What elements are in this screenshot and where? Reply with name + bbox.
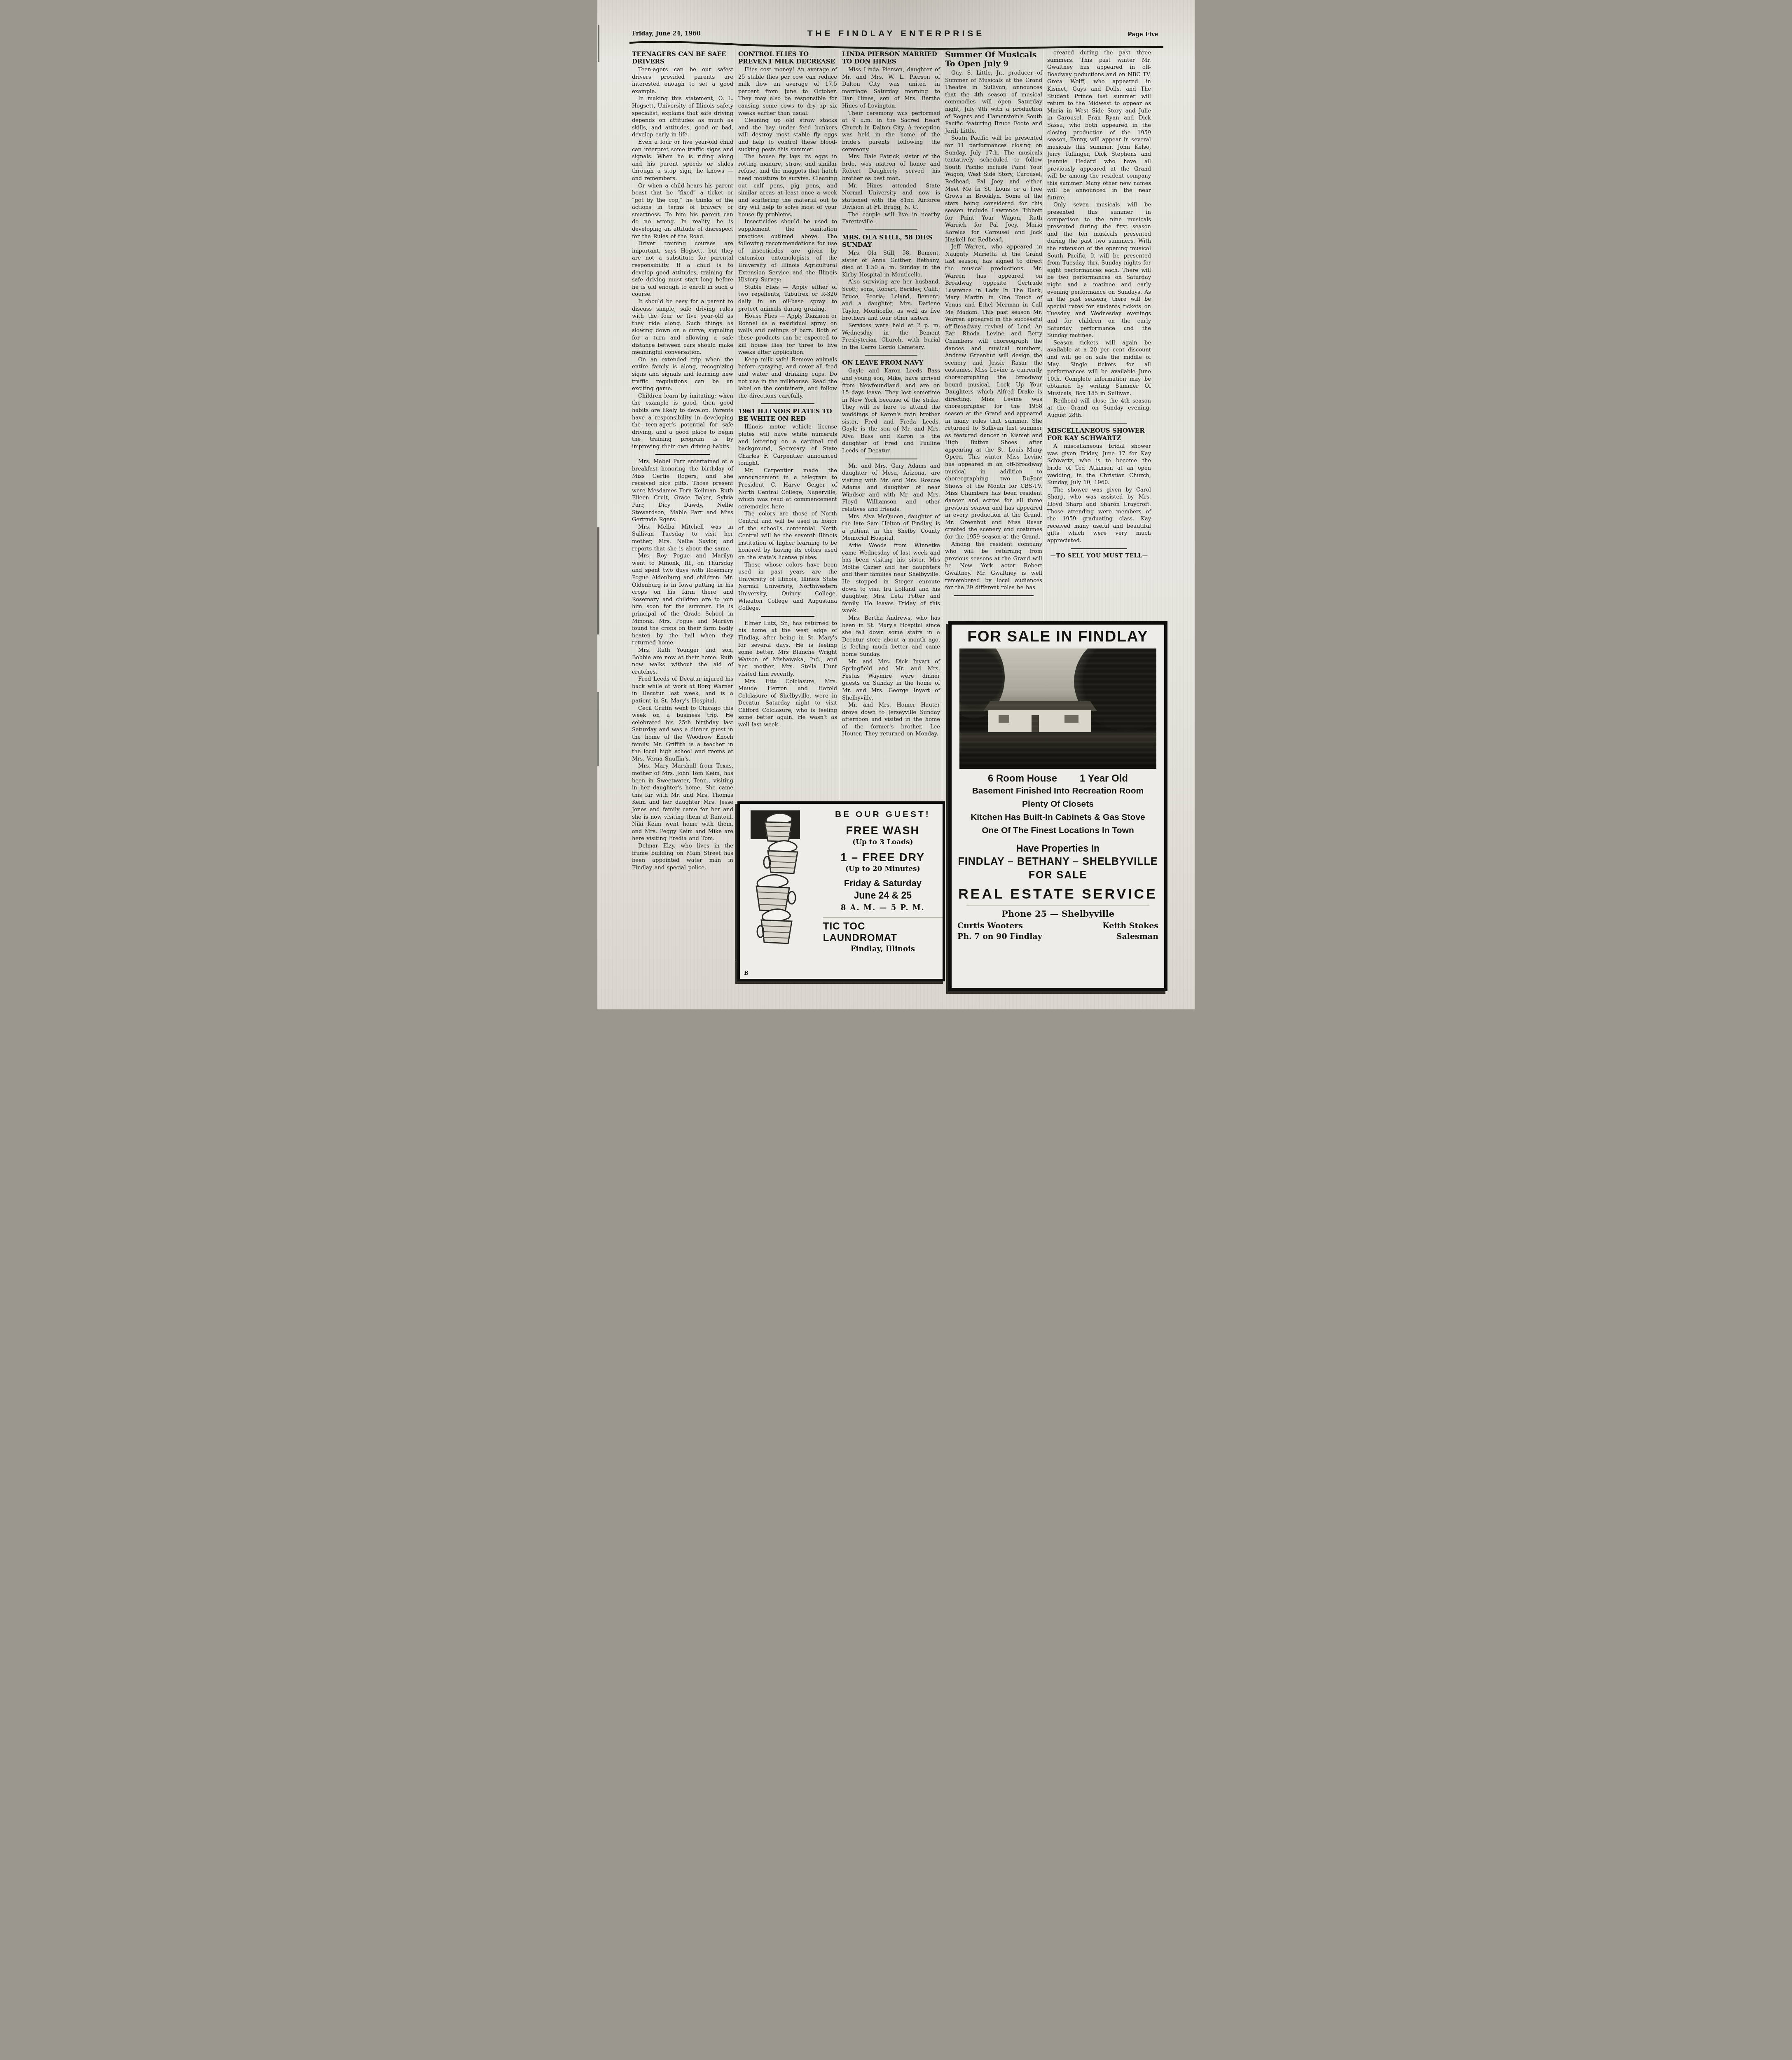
article-paragraph: Mrs. Dale Patrick, sister of the brde, w… [842, 153, 940, 182]
article-paragraph: House Flies — Apply Diazinon or Ronnel a… [738, 313, 837, 356]
ad-agents: Curtis Wooters Ph. 7 on 90 Findlay Keith… [952, 919, 1164, 942]
ad-for-sale: FOR SALE [952, 869, 1164, 881]
ad-feature-line: Plenty Of Closets [952, 798, 1164, 811]
ad-towns: FINDLAY – BETHANY – SHELBYVILLE [952, 856, 1164, 868]
article-divider [1071, 423, 1127, 424]
agent-right-role: Salesman [1102, 931, 1158, 942]
article-paragraph: Flies cost money! An average of 25 stabl… [738, 66, 837, 117]
article-paragraph: Redhead will close the 4th season at the… [1047, 398, 1151, 419]
article-paragraph: Teen-agers can be our safest drivers pro… [632, 66, 733, 95]
article-paragraph: Mrs. Ola Still, 58, Bement, sister of An… [842, 250, 940, 279]
ad-feature-line: Basement Finished Into Recreation Room [952, 784, 1164, 798]
article-paragraph: Fred Leeds of Decatur injured his back w… [632, 676, 733, 705]
column-2: CONTROL FLIES TO PREVENT MILK DECREASEFl… [738, 49, 837, 729]
article-headline: CONTROL FLIES TO PREVENT MILK DECREASE [738, 50, 837, 65]
article-paragraph: Keep milk safe! Remove animals before sp… [738, 356, 837, 400]
sell-slogan: —TO SELL YOU MUST TELL— [1047, 552, 1151, 559]
article-paragraph: Elmer Lutz, Sr., has returned to his hom… [738, 620, 837, 678]
ad-dates: June 24 & 25 [854, 890, 912, 901]
ad-days: Friday & Saturday [844, 878, 922, 889]
article-headline: Summer Of Musicals To Open July 9 [945, 50, 1042, 68]
article-divider [1071, 548, 1127, 549]
ad-rooms: 6 Room House [988, 773, 1057, 784]
article-headline: ON LEAVE FROM NAVY [842, 359, 940, 366]
article-headline: MRS. OLA STILL, 58 DIES SUNDAY [842, 234, 940, 248]
article-headline: MISCELLANEOUS SHOWER FOR KAY SCHWARTZ [1047, 427, 1151, 442]
article-paragraph: Also surviving are her husband, Scott; s… [842, 279, 940, 322]
ad-free-dry: 1 – FREE DRY [841, 851, 925, 864]
agent-right: Keith Stokes Salesman [1102, 920, 1158, 942]
article-paragraph: In making this statement, O. L. Hogsett,… [632, 95, 733, 139]
ad-phone: Phone 25 — Shelbyville [966, 906, 1149, 919]
article-paragraph: Cleaning up old straw stacks and the hay… [738, 117, 837, 153]
ad-wash-sub: (Up to 3 Loads) [852, 838, 913, 846]
article-paragraph: Or when a child hears his parent boast t… [632, 183, 733, 241]
column-4: Summer Of Musicals To Open July 9Guy. S.… [945, 49, 1042, 599]
article-divider [865, 229, 918, 230]
ad-properties-intro: Have Properties In [952, 843, 1164, 854]
article-paragraph: Mrs. Etta Colclasure, Mrs. Maude Herron … [738, 678, 837, 729]
column-rule [1044, 49, 1044, 620]
article-paragraph: Insecticides should be used to supplemen… [738, 218, 837, 283]
ad-age: 1 Year Old [1080, 773, 1128, 784]
ad-banner: FOR SALE IN FINDLAY [952, 625, 1164, 645]
article-paragraph: On an extended trip when the entire fami… [632, 356, 733, 393]
ad-feature-list: Basement Finished Into Recreation RoomPl… [952, 784, 1164, 837]
masthead-title: THE FINDLAY ENTERPRISE [597, 29, 1195, 39]
article-paragraph: Driver training courses are important, s… [632, 240, 733, 298]
ad-house-summary: 6 Room House 1 Year Old [952, 773, 1164, 784]
article-paragraph: Among the resident company who will be r… [945, 541, 1042, 592]
ad-free-wash: FREE WASH [846, 824, 920, 837]
ad-dry-sub: (Up to 20 Minutes) [845, 865, 920, 873]
article-paragraph: The couple will live in nearby Farettevi… [842, 211, 940, 226]
article-paragraph: Cecil Griffin went to Chicago this week … [632, 705, 733, 763]
article-paragraph: Mr. and Mrs. Gary Adams and daughter of … [842, 463, 940, 513]
article-paragraph: Miss Linda Pierson, daughter of Mr. and … [842, 66, 940, 110]
column-3: LINDA PIERSON MARRIED TO DON HINESMiss L… [842, 49, 940, 738]
article-paragraph: Mr. Hines attended State Normal Universi… [842, 183, 940, 211]
article-paragraph: Gayle and Karon Leeds Bass and young son… [842, 368, 940, 454]
agent-right-name: Keith Stokes [1102, 920, 1158, 931]
article-divider [761, 403, 814, 404]
article-paragraph: Only seven musicals will be presented th… [1047, 201, 1151, 339]
article-paragraph: created during the past three summers. T… [1047, 49, 1151, 201]
ad-business-name: TIC TOC LAUNDROMAT [823, 917, 943, 944]
article-paragraph: Even a four or five year-old child can i… [632, 139, 733, 183]
article-paragraph: It should be easy for a parent to discus… [632, 298, 733, 356]
article-paragraph: Mrs. Melba Mitchell was in Sullivan Tues… [632, 524, 733, 552]
photo-grain [959, 648, 1156, 769]
article-paragraph: Mr. and Mrs. Homer Hauter drove down to … [842, 702, 940, 738]
real-estate-ad: FOR SALE IN FINDLAY 6 Room House 1 Year … [948, 621, 1167, 991]
article-paragraph: Mrs. Alva McQueen, daughter of the late … [842, 513, 940, 542]
article-paragraph: Mr. and Mrs. Dick Inyart of Springfield … [842, 658, 940, 702]
scan-artifact [597, 692, 599, 766]
ad-service-name: REAL ESTATE SERVICE [952, 886, 1164, 902]
article-headline: TEENAGERS CAN BE SAFE DRIVERS [632, 50, 733, 65]
ad-guest-line: BE OUR GUEST! [835, 810, 931, 819]
article-paragraph: Mrs. Bertha Andrews, who has been in St.… [842, 615, 940, 658]
article-paragraph: Jeff Warren, who appeared in Naugnty Mar… [945, 243, 1042, 541]
article-paragraph: Mrs. Ruth Younger and son, Bobbie are no… [632, 647, 733, 676]
article-paragraph: Stable Flies — Apply either of two repel… [738, 284, 837, 313]
article-paragraph: A miscellaneous bridal shower was given … [1047, 443, 1151, 487]
article-paragraph: Services were held at 2 p. m. Wednesday … [842, 322, 940, 351]
page-number: Page Five [1128, 31, 1158, 38]
article-paragraph: Illinois motor vehicle license plates wi… [738, 424, 837, 467]
house-photo [959, 648, 1156, 769]
article-divider [865, 355, 918, 356]
ad-feature-line: Kitchen Has Built-In Cabinets & Gas Stov… [952, 811, 1164, 824]
article-paragraph: Those whose colors have been used in pas… [738, 562, 837, 612]
article-headline: LINDA PIERSON MARRIED TO DON HINES [842, 50, 940, 65]
column-5: created during the past three summers. T… [1047, 49, 1151, 559]
agent-left: Curtis Wooters Ph. 7 on 90 Findlay [957, 920, 1042, 942]
ad-feature-line: One Of The Finest Locations In Town [952, 824, 1164, 837]
article-divider [865, 459, 918, 459]
article-paragraph: Mrs. Roy Pogue and Marilyn went to Minon… [632, 552, 733, 647]
column-rule [942, 49, 942, 799]
masthead-rule [629, 40, 1163, 50]
article-divider [655, 454, 710, 455]
article-paragraph: Arlie Woods from Winnetka came Wednesday… [842, 542, 940, 615]
column-end-rule [954, 595, 1034, 596]
ad-hours: 8 A. M. — 5 P. M. [841, 904, 925, 912]
article-paragraph: Soutn Pacific will be presented for 11 p… [945, 135, 1042, 243]
column-rule [735, 49, 735, 961]
article-paragraph: The house fly lays its eggs in rotting m… [738, 153, 837, 218]
article-paragraph: Mrs. Mabel Parr entertained at a breakfa… [632, 458, 733, 523]
laundromat-ad: B BE OUR GUEST! FREE WASH (Up to 3 Loads… [737, 801, 945, 981]
newspaper-page: Friday, June 24, 1960 THE FINDLAY ENTERP… [597, 0, 1195, 1009]
printer-mark: B [744, 970, 749, 976]
article-paragraph: The colors are those of North Central an… [738, 510, 837, 561]
column-1: TEENAGERS CAN BE SAFE DRIVERSTeen-agers … [632, 49, 733, 871]
ad-business-location: Findlay, Illinois [851, 945, 915, 953]
article-paragraph: Delmar Elzy, who lives in the frame buil… [632, 843, 733, 871]
article-paragraph: Mrs. Mary Marshall from Texas, mother of… [632, 763, 733, 843]
article-paragraph: Guy. S. Little, Jr., producer of Summer … [945, 70, 1042, 135]
article-paragraph: Season tickets will again be available a… [1047, 339, 1151, 398]
article-paragraph: The shower was given by Carol Sharp, who… [1047, 487, 1151, 545]
article-divider [761, 616, 814, 617]
agent-left-name: Curtis Wooters [957, 920, 1042, 931]
column-rule [839, 49, 839, 799]
article-paragraph: Children learn by imitating; when the ex… [632, 393, 733, 451]
article-paragraph: Their ceremony was performed at 9 a.m. i… [842, 110, 940, 154]
agent-left-phone: Ph. 7 on 90 Findlay [957, 931, 1042, 942]
scan-artifact [597, 527, 599, 634]
article-headline: 1961 ILLINOIS PLATES TO BE WHITE ON RED [738, 407, 837, 422]
article-paragraph: Mr. Carpentier made the announcement in … [738, 467, 837, 511]
laundry-baskets-illustration: B [740, 804, 823, 979]
